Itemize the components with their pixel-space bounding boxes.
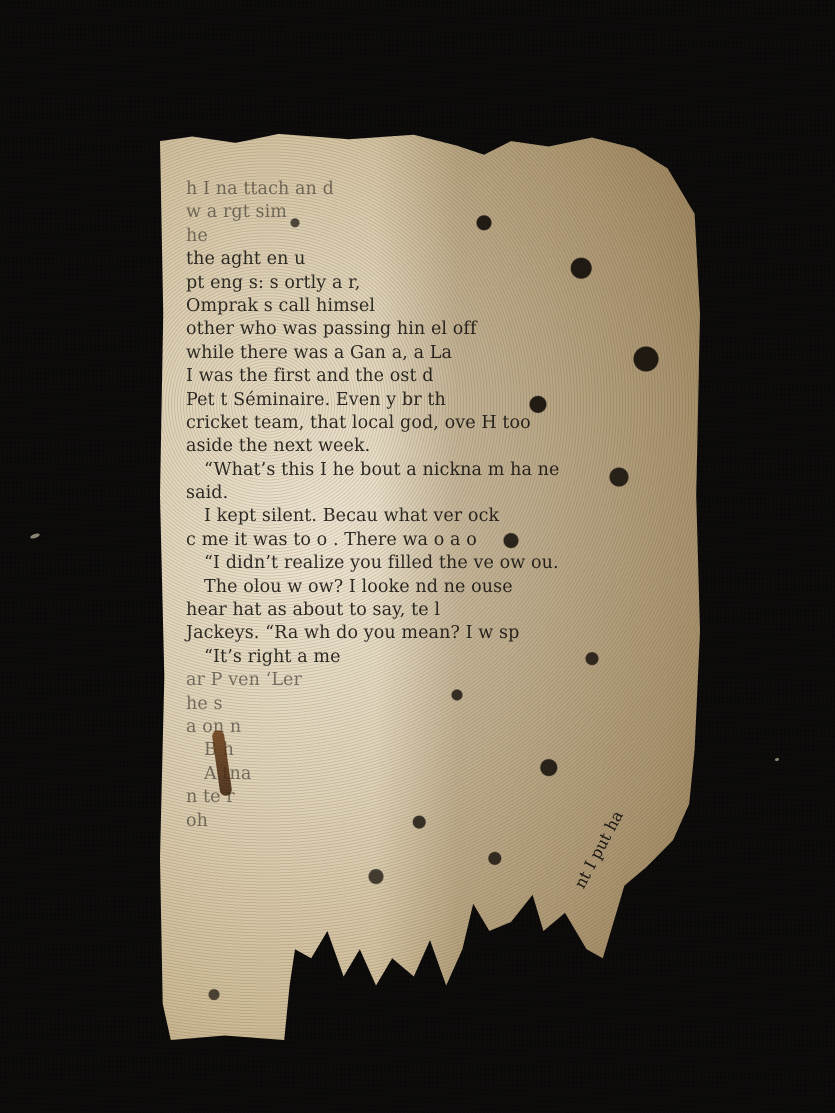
text-line: Omprak s call himsel bbox=[186, 295, 686, 318]
text-line: The olou w ow? I looke nd ne ouse bbox=[186, 576, 686, 599]
text-line: he s bbox=[186, 693, 686, 716]
text-line: aside the next week. bbox=[186, 435, 686, 458]
text-line: “I didn’t realize you filled the ve ow o… bbox=[186, 552, 686, 575]
text-line: said. bbox=[186, 482, 686, 505]
text-line: hear hat as about to say, te l bbox=[186, 599, 686, 622]
text-line: B h bbox=[186, 739, 686, 762]
text-line: “It’s right a me bbox=[186, 646, 686, 669]
debris-speck bbox=[30, 532, 41, 539]
text-line: Pet t Séminaire. Even y br th bbox=[186, 389, 686, 412]
page-text: h I na ttach an d w a rgt sim he the agh… bbox=[186, 178, 686, 833]
text-line: h I na ttach an d bbox=[186, 178, 686, 201]
text-line: cricket team, that local god, ove H too bbox=[186, 412, 686, 435]
text-line: “What’s this I he bout a nickna m ha ne bbox=[186, 459, 686, 482]
text-line: he bbox=[186, 225, 686, 248]
text-line: w a rgt sim bbox=[186, 201, 686, 224]
text-line: I kept silent. Becau what ver ock bbox=[186, 505, 686, 528]
text-line: a on n bbox=[186, 716, 686, 739]
text-line: pt eng s: s ortly a r, bbox=[186, 272, 686, 295]
text-line: A tna bbox=[186, 763, 686, 786]
text-line: ar P ven ‘Ler bbox=[186, 669, 686, 692]
text-line: n te r bbox=[186, 786, 686, 809]
text-line: the aght en u bbox=[186, 248, 686, 271]
text-line: Jackeys. “Ra wh do you mean? I w sp bbox=[186, 622, 686, 645]
text-line: while there was a Gan a, a La bbox=[186, 342, 686, 365]
text-line: c me it was to o . There wa o a o bbox=[186, 529, 686, 552]
text-line: other who was passing hin el off bbox=[186, 318, 686, 341]
decayed-book-page: h I na ttach an d w a rgt sim he the agh… bbox=[160, 132, 700, 1040]
debris-speck bbox=[775, 757, 780, 761]
text-line: I was the first and the ost d bbox=[186, 365, 686, 388]
